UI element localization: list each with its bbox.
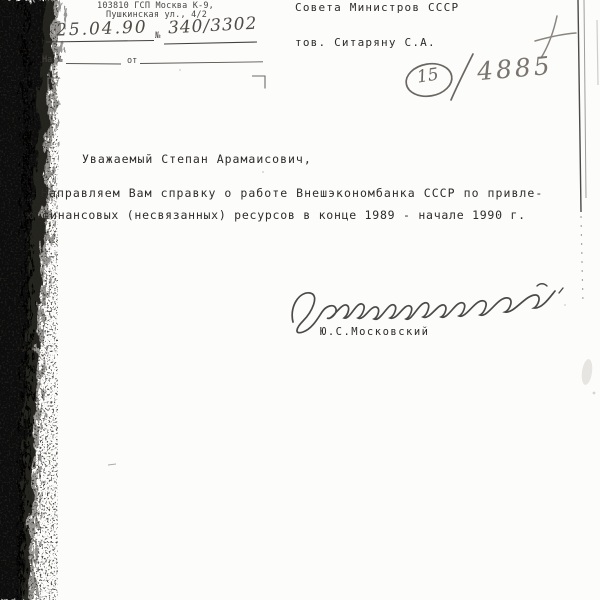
body-line-2: ю финансовых (несвязанных) ресурсов в ко… — [27, 208, 526, 222]
recipient-name: тов. Ситаряну С.А. — [295, 36, 436, 49]
reference-rules — [66, 62, 263, 64]
scanned-letter-page: 103810 ГСП Москва К-9, Пушкинская ул., 4… — [0, 0, 600, 600]
registration-code: 4885 — [476, 51, 554, 86]
scan-band-left — [0, 0, 62, 600]
registration-circled-number: 15 — [416, 64, 441, 87]
recipient-organization: Совета Министров СССР — [295, 1, 459, 14]
scan-graphics-layer — [0, 0, 600, 600]
handwritten-outgoing-number: 340/3302 — [168, 14, 258, 39]
signer-typed-name: Ю.С.Московский — [320, 326, 430, 338]
salutation: Уважаемый Степан Арамаисович, — [82, 152, 312, 166]
number-sign: № — [155, 31, 160, 41]
corner-bracket-left — [48, 78, 60, 89]
registration-slash — [451, 54, 473, 100]
handwritten-date: 25.04.90 — [56, 17, 148, 40]
scan-lines-right — [578, 0, 598, 305]
date-number-rules — [46, 41, 257, 45]
body-line-1: Направляем Вам справку о работе Внешэкон… — [41, 186, 543, 200]
scan-specks — [108, 69, 595, 465]
corner-bracket-right — [252, 76, 265, 89]
reference-from-label: от — [127, 56, 137, 66]
reference-prefix: На № — [42, 55, 62, 65]
